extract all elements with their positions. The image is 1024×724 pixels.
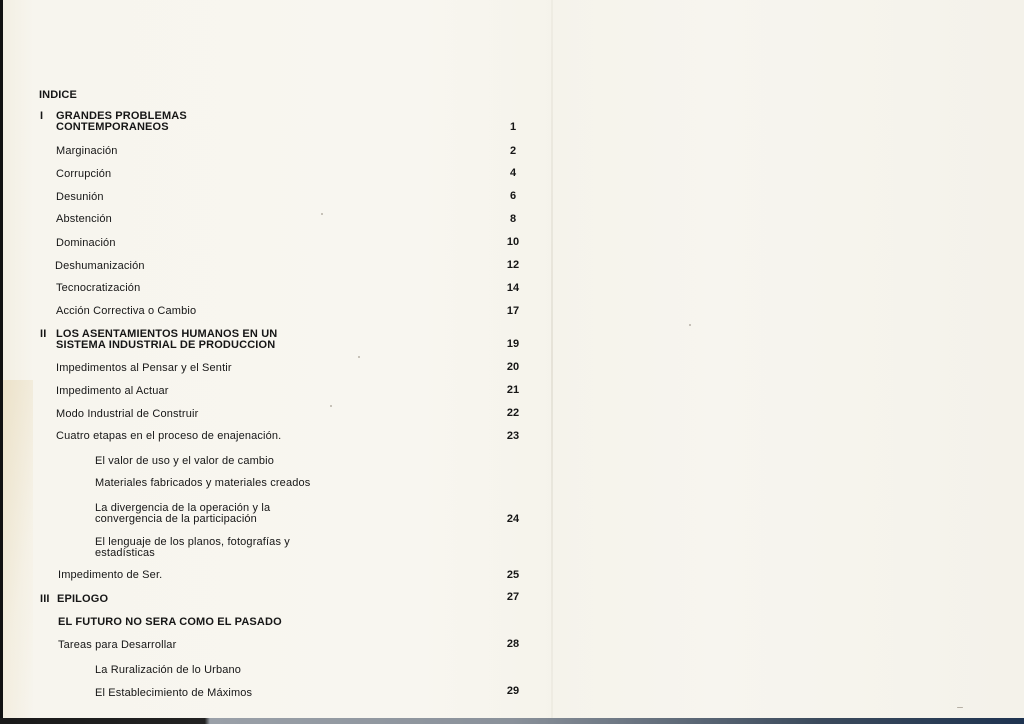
- paper-speck: [957, 707, 963, 708]
- page-number: 17: [493, 305, 533, 317]
- section-title: EPILOGO: [57, 594, 327, 605]
- toc-subitem: La Ruralización de lo Urbano: [95, 665, 241, 676]
- page-number: 20: [493, 361, 533, 373]
- toc-item: Abstención: [56, 214, 112, 225]
- section-title-line-2: CONTEMPORANEOS: [56, 122, 326, 133]
- page-number: 25: [493, 569, 533, 581]
- toc-subsection-title: EL FUTURO NO SERA COMO EL PASADO: [58, 617, 282, 628]
- toc-section-3: III EPILOGO: [57, 594, 327, 605]
- page-number: 19: [493, 338, 533, 350]
- page-number: 4: [493, 167, 533, 179]
- toc-item: Acción Correctiva o Cambio: [56, 306, 196, 317]
- page-number: 12: [493, 259, 533, 271]
- page-number: 23: [493, 430, 533, 442]
- toc-item: Marginación: [56, 146, 118, 157]
- toc-section-2: II LOS ASENTAMIENTOS HUMANOS EN UN SISTE…: [56, 329, 356, 351]
- table-of-contents: INDICE I GRANDES PROBLEMAS CONTEMPORANEO…: [3, 0, 563, 718]
- toc-item: Deshumanización: [55, 261, 145, 272]
- toc-item: Tecnocratización: [56, 283, 140, 294]
- toc-item: Cuatro etapas en el proceso de enajenaci…: [56, 431, 281, 442]
- toc-item: Impedimento de Ser.: [58, 570, 162, 581]
- page-number: 14: [493, 282, 533, 294]
- toc-item: Desunión: [56, 192, 104, 203]
- section-title-line-2: SISTEMA INDUSTRIAL DE PRODUCCION: [56, 340, 356, 351]
- section-numeral: III: [40, 594, 50, 605]
- page-number: 21: [493, 384, 533, 396]
- toc-item: Impedimentos al Pensar y el Sentir: [56, 363, 232, 374]
- page-number: 1: [493, 121, 533, 133]
- page-number: 29: [493, 685, 533, 697]
- toc-item: Corrupción: [56, 169, 111, 180]
- scanned-paper-spread: INDICE I GRANDES PROBLEMAS CONTEMPORANEO…: [3, 0, 1024, 718]
- page-number: 2: [493, 145, 533, 157]
- toc-title: INDICE: [39, 89, 77, 101]
- toc-item: Modo Industrial de Construir: [56, 409, 198, 420]
- paper-speck: [689, 324, 691, 326]
- toc-subitem: El Establecimiento de Máximos: [95, 688, 252, 699]
- section-numeral: I: [40, 111, 43, 122]
- toc-subitem: La divergencia de la operación y la conv…: [95, 503, 365, 525]
- toc-item: Impedimento al Actuar: [56, 386, 169, 397]
- page-number: 8: [493, 213, 533, 225]
- toc-subitem: El lenguaje de los planos, fotografías y…: [95, 537, 365, 559]
- page-number: 28: [493, 638, 533, 650]
- toc-subitem: El valor de uso y el valor de cambio: [95, 456, 274, 467]
- page-number: 24: [493, 513, 533, 525]
- scanner-bottom-edge: [0, 718, 1024, 724]
- page-number: 6: [493, 190, 533, 202]
- section-numeral: II: [40, 329, 46, 340]
- toc-subitem: Materiales fabricados y materiales cread…: [95, 478, 310, 489]
- toc-section-1: I GRANDES PROBLEMAS CONTEMPORANEOS: [56, 111, 326, 133]
- page-number: 27: [493, 591, 533, 603]
- page-number: 10: [493, 236, 533, 248]
- toc-item: Dominación: [56, 238, 116, 249]
- toc-item: Tareas para Desarrollar: [58, 640, 176, 651]
- subitem-line-2: convergencia de la participación: [95, 514, 365, 525]
- page-number: 22: [493, 407, 533, 419]
- subitem-line-2: estadísticas: [95, 548, 365, 559]
